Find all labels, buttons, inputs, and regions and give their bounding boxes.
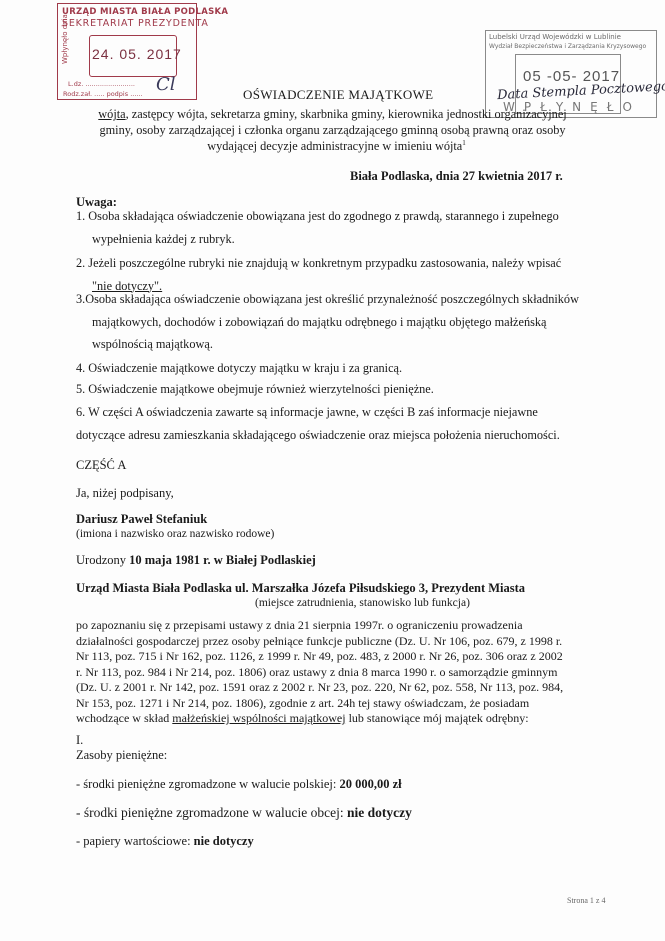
- asset-item-securities: - papiery wartościowe: nie dotyczy: [76, 834, 254, 849]
- legal-text: po zapoznaniu się z przepisami ustawy z …: [76, 618, 631, 727]
- note-4: 4. Oświadczenie majątkowe dotyczy majątk…: [76, 357, 631, 380]
- received-stamp-city-hall: URZĄD MIASTA BIAŁA PODLASKA SEKRETARIAT …: [57, 3, 197, 100]
- document-title: OŚWIADCZENIE MAJĄTKOWE: [243, 87, 433, 103]
- stamp-initials: Cl: [156, 74, 176, 95]
- stamp-field-rodz: Rodz.zał. ..... podpis ......: [63, 90, 143, 98]
- footnote-mark: 1: [462, 139, 466, 147]
- section-number: I.: [76, 733, 83, 748]
- stamp-field-ldz: L.dz. ........................: [68, 80, 135, 88]
- place-date: Biała Podlaska, dnia 27 kwietnia 2017 r.: [350, 169, 563, 184]
- asset-item-pln: - środki pieniężne zgromadzone w walucie…: [76, 777, 402, 792]
- page-number: Strona 1 z 4: [567, 896, 605, 905]
- employer-caption: (miejsce zatrudnienia, stanowisko lub fu…: [255, 597, 470, 609]
- stamp-line-1: URZĄD MIASTA BIAŁA PODLASKA: [62, 7, 228, 17]
- subtitle-line-3: wydającej decyzje administracyjne w imie…: [4, 139, 665, 154]
- note-6: 6. W części A oświadczenia zawarte są in…: [76, 401, 631, 446]
- document-page: URZĄD MIASTA BIAŁA PODLASKA SEKRETARIAT …: [0, 0, 665, 941]
- part-a-intro: Ja, niżej podpisany,: [76, 486, 174, 501]
- declarant-name: Dariusz Paweł Stefaniuk: [76, 512, 207, 527]
- received-stamp-voivode-office: Lubelski Urząd Wojewódzki w Lublinie Wyd…: [485, 30, 655, 116]
- stamp-side-label: Wpłynęło dnia: [61, 14, 69, 64]
- stamp-line-1: Lubelski Urząd Wojewódzki w Lublinie: [489, 33, 621, 41]
- note-1: 1. Osoba składająca oświadczenie obowiąz…: [76, 205, 631, 250]
- note-5: 5. Oświadczenie majątkowe obejmuje równi…: [76, 378, 631, 401]
- asset-item-foreign: - środki pieniężne zgromadzone w walucie…: [76, 805, 412, 821]
- birth-info: Urodzony 10 maja 1981 r. w Białej Podlas…: [76, 553, 316, 568]
- section-title: Zasoby pieniężne:: [76, 748, 167, 763]
- subtitle-line-2: gminy, osoby zarządzającej i członka org…: [0, 123, 665, 138]
- subtitle-line-1: wójta, zastępcy wójta, sekretarza gminy,…: [0, 107, 665, 122]
- part-a-heading: CZĘŚĆ A: [76, 458, 126, 473]
- stamp-line-2: SEKRETARIAT PREZYDENTA: [62, 18, 209, 29]
- note-3: 3.Osoba składająca oświadczenie obowiąza…: [76, 288, 631, 356]
- declarant-name-caption: (imiona i nazwisko oraz nazwisko rodowe): [76, 528, 274, 540]
- employer: Urząd Miasta Biała Podlaska ul. Marszałk…: [76, 581, 525, 596]
- stamp-date: 24. 05. 2017: [92, 46, 182, 62]
- stamp-line-2: Wydział Bezpieczeństwa i Zarządzania Kry…: [489, 43, 646, 50]
